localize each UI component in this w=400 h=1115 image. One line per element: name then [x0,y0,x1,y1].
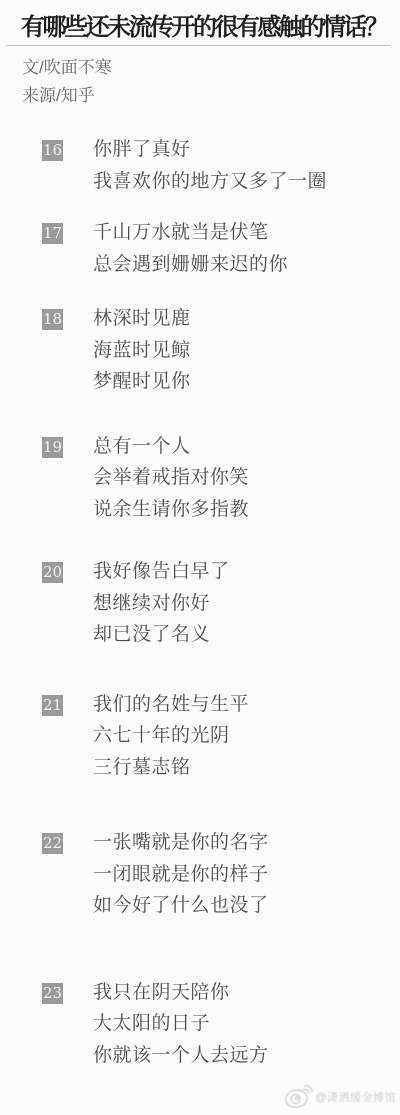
quote-line: 大太阳的日子 [93,1008,269,1040]
quote-number-badge: 22 [42,833,63,854]
quote-line: 会举着戒指对你笑 [93,462,249,494]
quote-item: 19 总有一个人会举着戒指对你笑说余生请你多指教 [42,431,400,526]
author-line: 文/吹面不寒 [22,57,400,79]
quote-line: 我只在阴天陪你 [93,977,269,1009]
quote-line: 却已没了名义 [93,619,230,651]
quote-line: 我们的名姓与生平 [93,689,249,721]
quote-line: 一张嘴就是你的名字 [93,827,269,859]
quote-number-badge: 19 [42,437,63,458]
quote-number-badge: 18 [42,309,63,330]
quote-number-badge: 16 [42,140,63,161]
watermark-text: @潇洒缓金博馆 [315,1089,396,1105]
quote-lines: 一张嘴就是你的名字一闭眼就是你的样子如今好了什么也没了 [93,827,269,922]
quote-line: 你胖了真好 [93,134,327,166]
quote-item: 22 一张嘴就是你的名字一闭眼就是你的样子如今好了什么也没了 [42,827,400,922]
quote-item: 23 我只在阴天陪你大太阳的日子你就该一个人去远方 [42,977,400,1072]
quote-line: 我好像告白早了 [93,556,230,588]
quote-line: 三行墓志铭 [93,752,249,784]
quote-number-badge: 21 [42,695,63,716]
quote-line: 想继续对你好 [93,588,230,620]
quote-lines: 林深时见鹿海蓝时见鲸梦醒时见你 [93,303,191,398]
quote-line: 千山万水就当是伏笔 [93,217,288,249]
quote-line: 海蓝时见鲸 [93,335,191,367]
quote-lines: 千山万水就当是伏笔总会遇到姗姗来迟的你 [93,217,288,280]
quote-item: 18 林深时见鹿海蓝时见鲸梦醒时见你 [42,303,400,398]
source-line: 来源/知乎 [22,85,400,107]
quote-line: 如今好了什么也没了 [93,890,269,922]
quote-item: 16 你胖了真好我喜欢你的地方又多了一圈 [42,134,400,197]
quote-line: 你就该一个人去远方 [93,1040,269,1072]
quote-line: 一闭眼就是你的样子 [93,859,269,891]
quote-lines: 总有一个人会举着戒指对你笑说余生请你多指教 [93,431,249,526]
quote-line: 总会遇到姗姗来迟的你 [93,249,288,281]
weibo-eye-icon [283,1084,313,1110]
quote-item: 21 我们的名姓与生平六七十年的光阴三行墓志铭 [42,689,400,784]
quote-lines: 我只在阴天陪你大太阳的日子你就该一个人去远方 [93,977,269,1072]
quote-line: 六七十年的光阴 [93,720,249,752]
quote-list: 16 你胖了真好我喜欢你的地方又多了一圈 17 千山万水就当是伏笔总会遇到姗姗来… [0,134,400,1071]
quote-item: 20 我好像告白早了想继续对你好却已没了名义 [42,556,400,651]
quote-line: 梦醒时见你 [93,366,191,398]
quote-lines: 你胖了真好我喜欢你的地方又多了一圈 [93,134,327,197]
quote-lines: 我们的名姓与生平六七十年的光阴三行墓志铭 [93,689,249,784]
quote-line: 林深时见鹿 [93,303,191,335]
quote-item: 17 千山万水就当是伏笔总会遇到姗姗来迟的你 [42,217,400,280]
quote-line: 说余生请你多指教 [93,494,249,526]
quote-line: 我喜欢你的地方又多了一圈 [93,166,327,198]
watermark: @潇洒缓金博馆 [283,1084,396,1110]
quote-number-badge: 17 [42,223,63,244]
quote-lines: 我好像告白早了想继续对你好却已没了名义 [93,556,230,651]
quote-card: 有哪些还未流传开的很有感触的情话？ 文/吹面不寒 来源/知乎 16 你胖了真好我… [0,0,400,1115]
quote-number-badge: 20 [42,562,63,583]
quote-line: 总有一个人 [93,431,249,463]
page-title: 有哪些还未流传开的很有感触的情话？ [21,14,392,42]
title-divider [6,45,391,46]
quote-number-badge: 23 [42,983,63,1004]
